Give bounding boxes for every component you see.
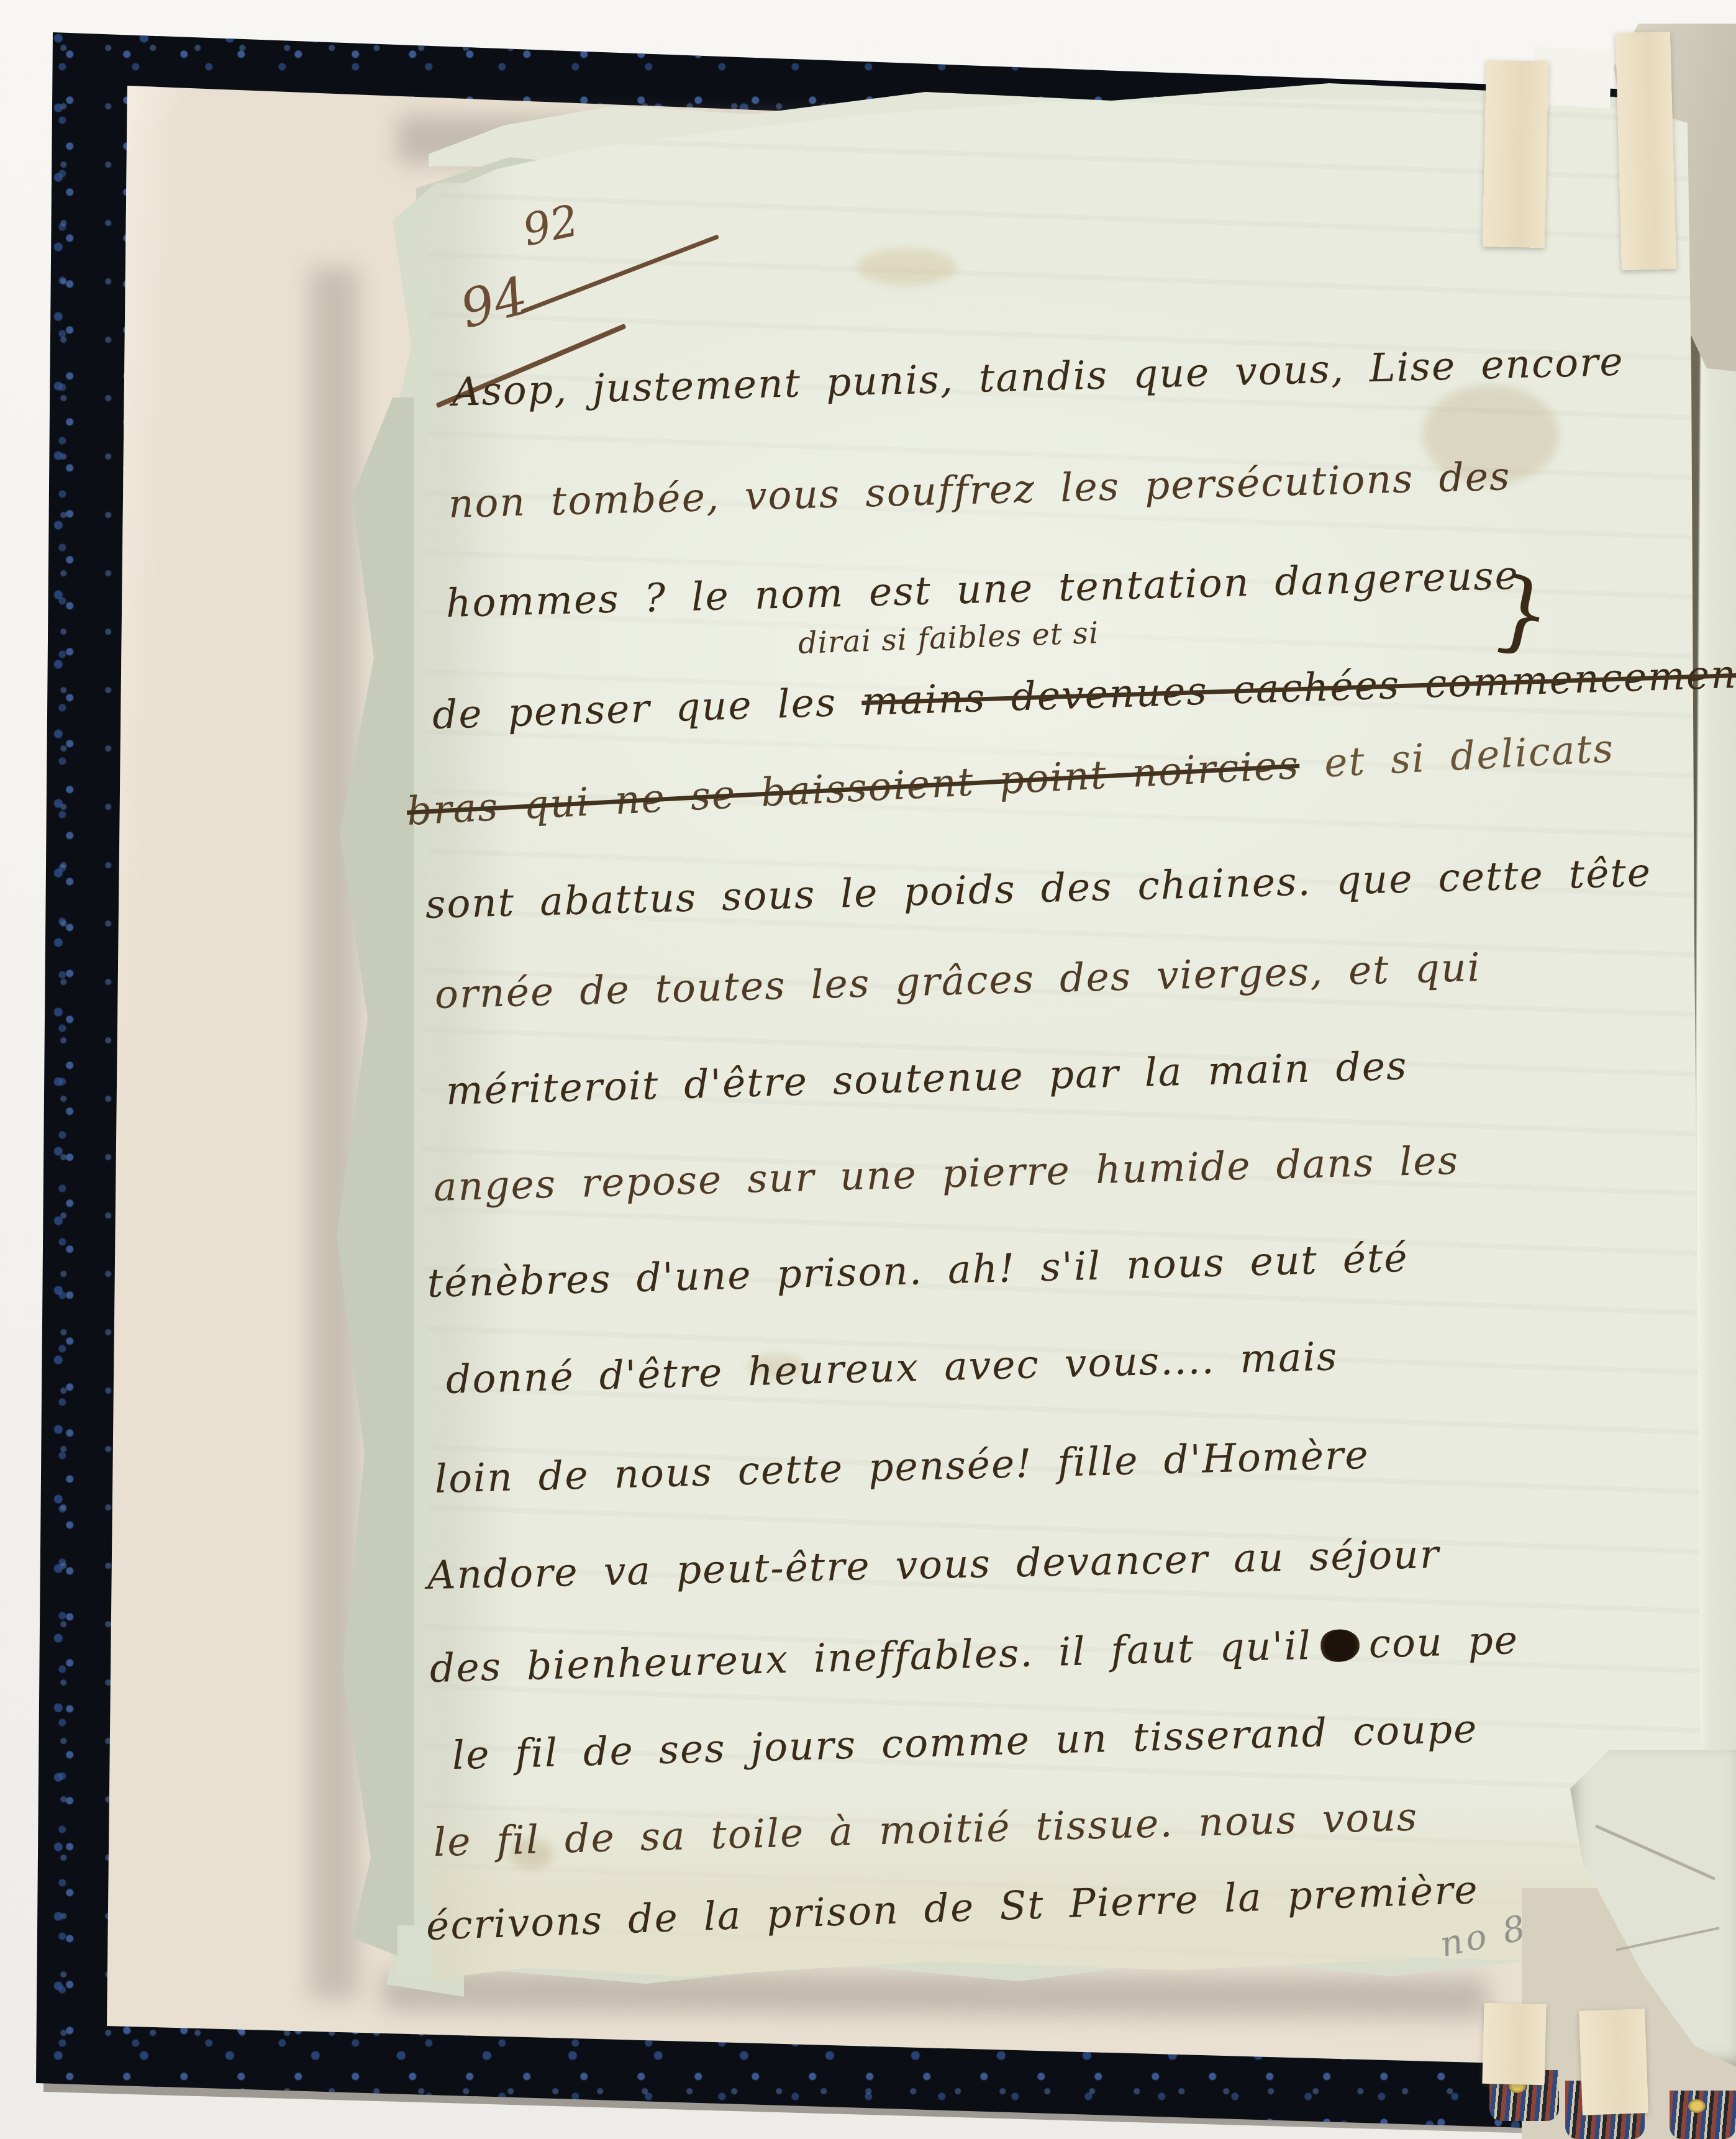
ink-blot	[1320, 1629, 1360, 1663]
marbled-endpaper-chip	[1670, 2091, 1736, 2139]
repair-tape	[1579, 2009, 1648, 2115]
repair-tape	[1482, 2003, 1546, 2086]
line-text: cou pe	[1368, 1617, 1519, 1666]
manuscript-photo: 92 94 Asop, justement punis, tandis que …	[0, 0, 1736, 2139]
shadow-bottom	[382, 1970, 1488, 2019]
paper-stain	[857, 248, 957, 286]
repair-tape	[1616, 32, 1676, 270]
repair-tape	[1483, 60, 1548, 248]
